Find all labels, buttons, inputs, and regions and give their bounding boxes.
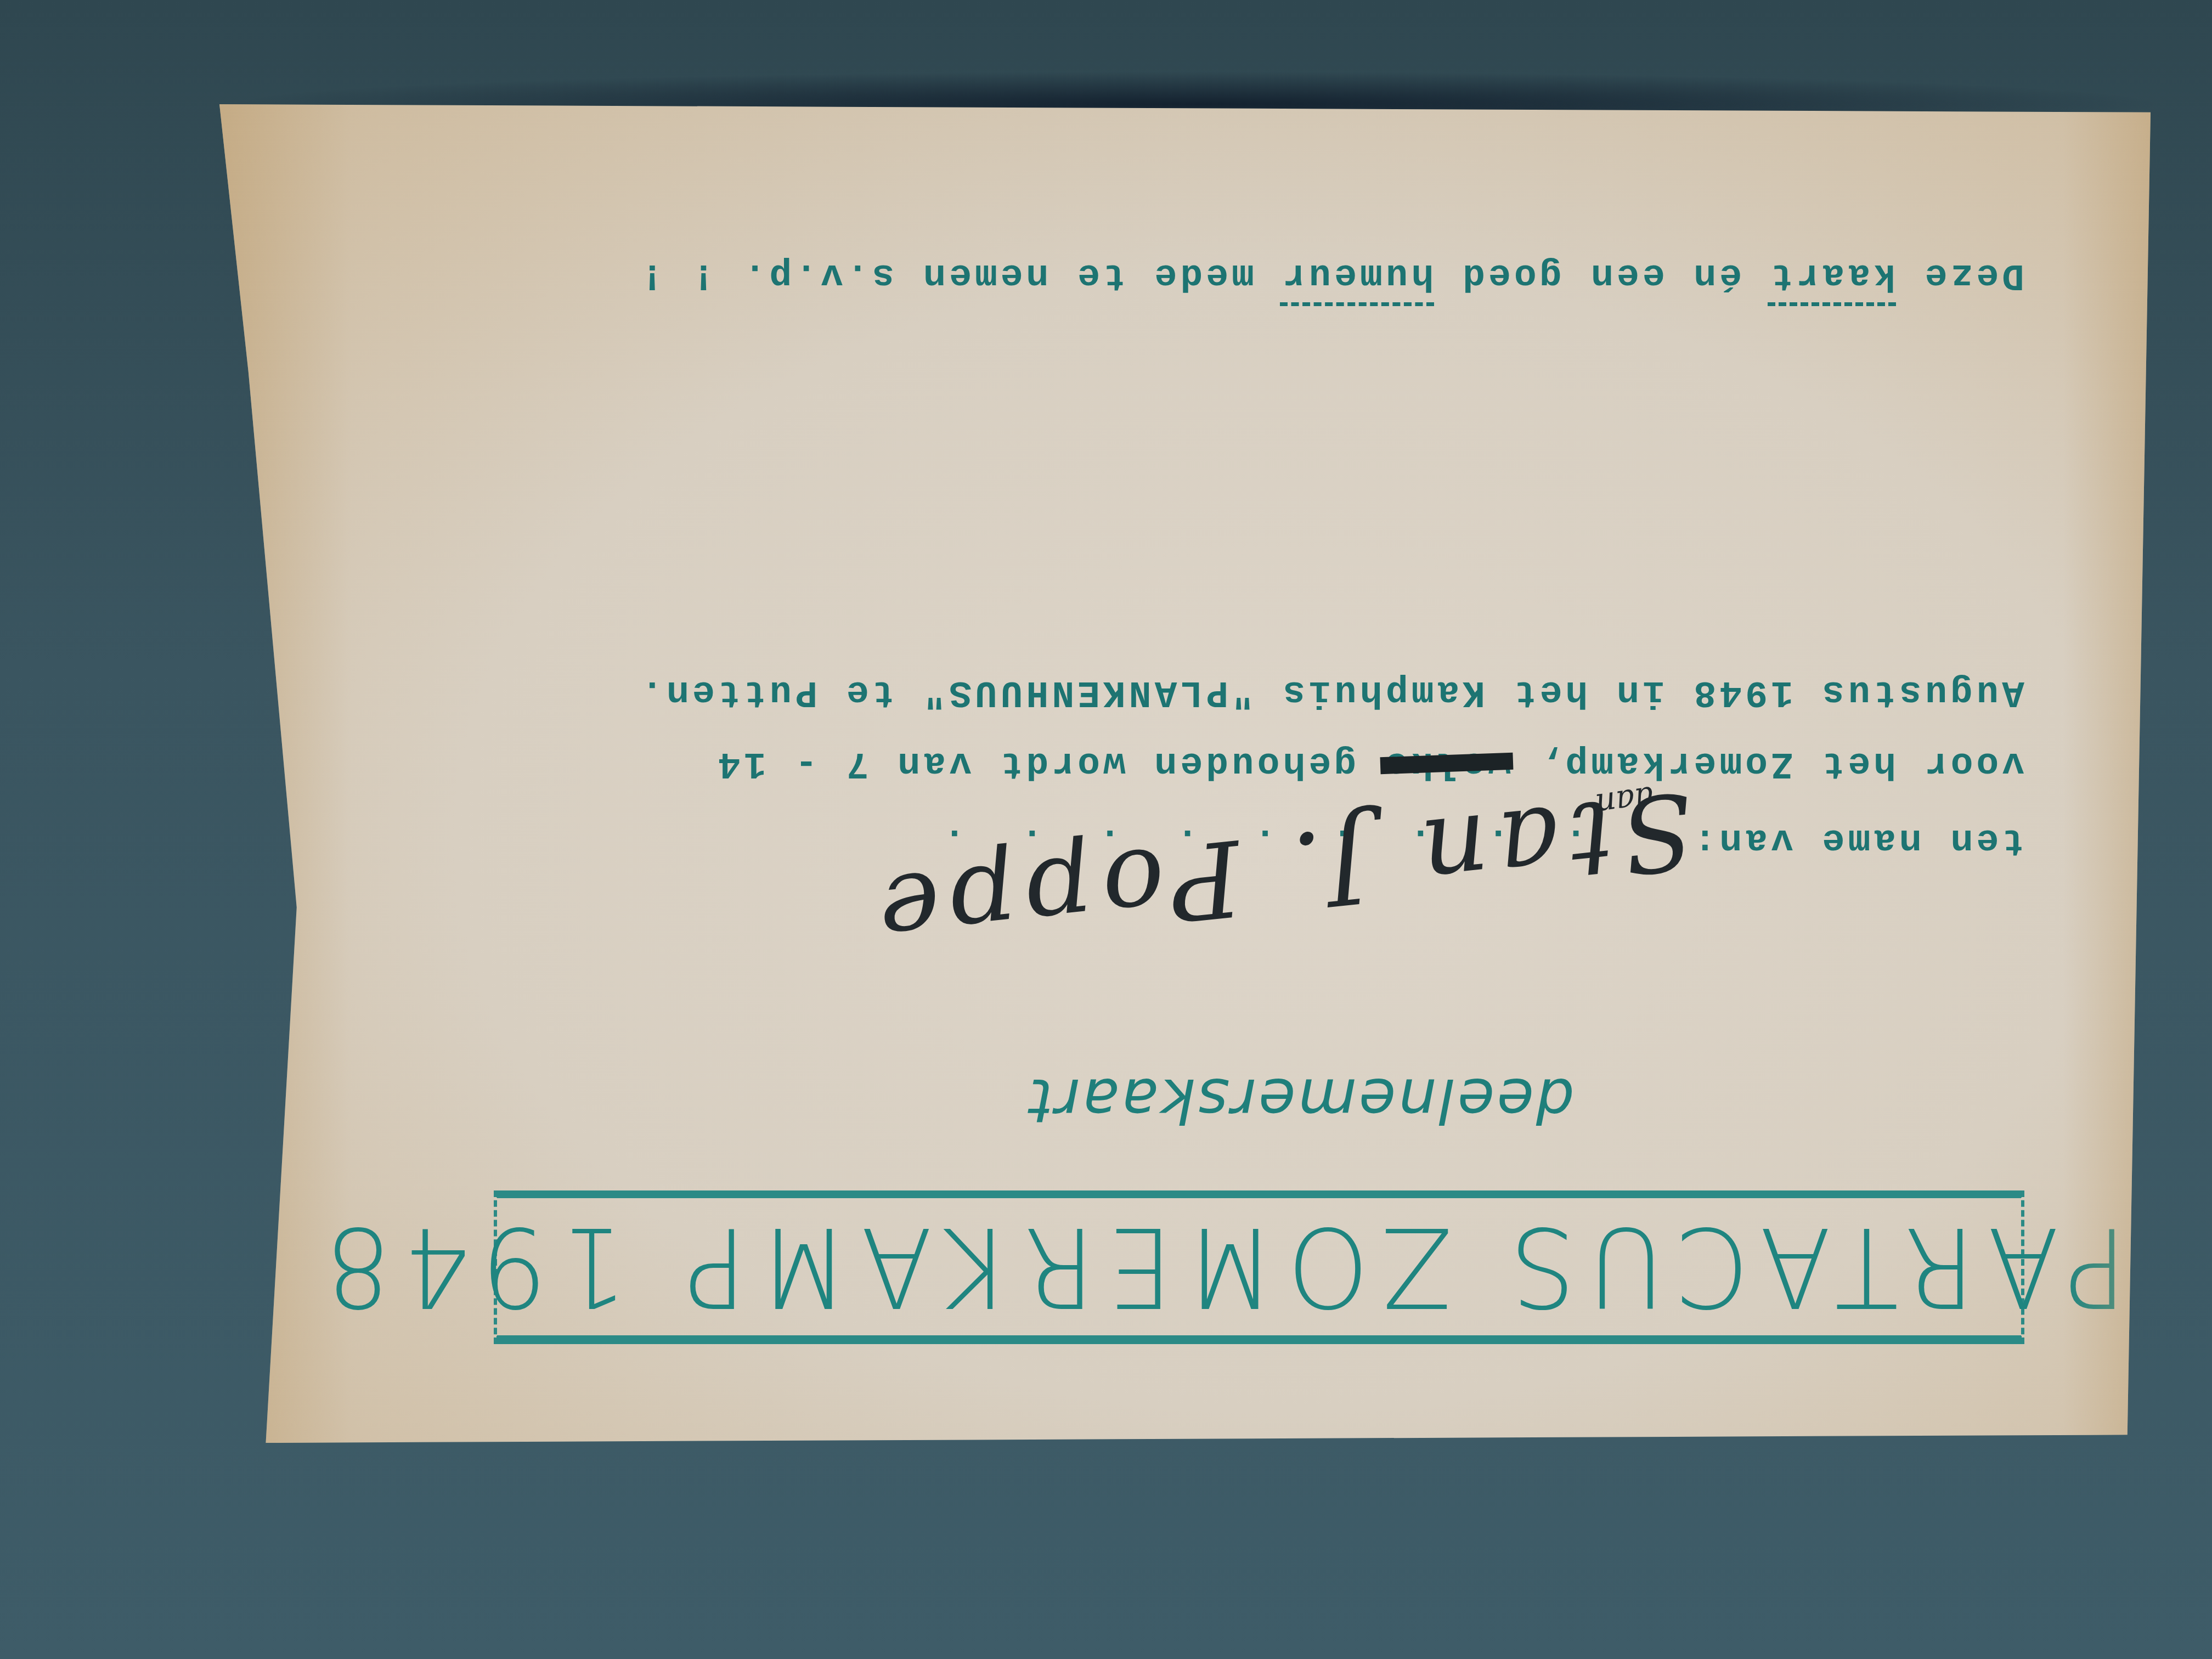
card-subtitle: deelnemerskaart — [1028, 1065, 1575, 1136]
name-label: ten name van: — [1691, 819, 2025, 861]
footer-note: Deze kaart én een goed humeur mede te ne… — [637, 254, 2024, 296]
camp-line-end: gehouden wordt van 7 - 14 — [715, 742, 1357, 785]
date-location-line: Augustus 1948 in het Kamphuis "PLANKENHU… — [637, 671, 2024, 713]
footer-word-kaart: kaart — [1768, 254, 1896, 296]
footer-word-deze: Deze — [1922, 254, 2024, 296]
header-box: SPARTACUS ZOMERKAMP 1948 — [494, 1190, 2024, 1344]
footer-text-end: mede te nemen s.v.p. ! ! — [637, 254, 1254, 296]
footer-word-humeur: humeur — [1280, 254, 1434, 296]
participant-card: SPARTACUS ZOMERKAMP 1948 deelnemerskaart… — [219, 104, 2151, 1443]
camp-line: voor het Zomerkamp, welke gehouden wordt… — [715, 742, 2024, 785]
card-content-rotated: SPARTACUS ZOMERKAMP 1948 deelnemerskaart… — [219, 104, 2151, 1443]
struck-word: welke — [1383, 742, 1511, 785]
camp-line-start: voor het Zomerkamp, — [1537, 742, 2024, 785]
handwritten-name: Stan J. Poppe — [864, 769, 1700, 976]
header-title: SPARTACUS ZOMERKAMP 1948 — [313, 1203, 2205, 1330]
footer-text-mid: én een goed — [1459, 254, 1742, 296]
